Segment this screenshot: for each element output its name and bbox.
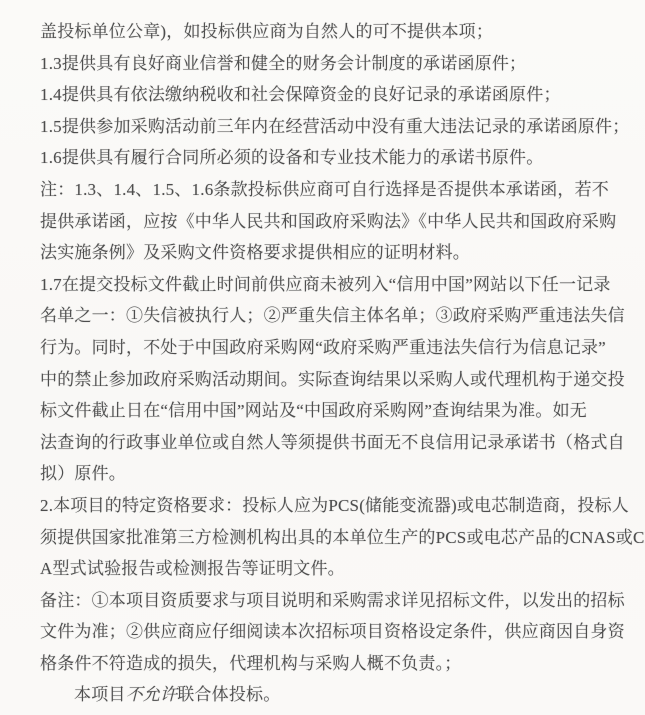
document-line: 须提供国家批准第三方检测机构出具的本单位生产的PCS或电芯产品的CNAS或CM [40,522,629,554]
final-line-suffix: 联合体投标。 [177,685,280,704]
document-line: 1.5提供参加采购活动前三年内在经营活动中没有重大违法记录的承诺函原件； [40,111,629,143]
document-line: 法实施条例》及采购文件资格要求提供相应的证明材料。 [40,237,629,269]
final-line-emphasis: 不允许 [126,685,178,704]
final-line-prefix: 本项目 [74,685,126,704]
document-line: 文件为准；②供应商应仔细阅读本次招标项目资格设定条件，供应商因自身资 [40,616,629,648]
document-line: 1.7在提交投标文件截止时间前供应商未被列入“信用中国”网站以下任一记录 [40,269,629,301]
document-line: 1.3提供具有良好商业信誉和健全的财务会计制度的承诺函原件； [40,48,629,80]
document-line: 盖投标单位公章)，如投标供应商为自然人的可不提供本项； [40,16,629,48]
document-line: 法查询的行政事业单位或自然人等须提供书面无不良信用记录承诺书（格式自 [40,427,629,459]
document-line: 1.6提供具有履行合同所必须的设备和专业技术能力的承诺书原件。 [40,142,629,174]
document-line: A型式试验报告或检测报告等证明文件。 [40,553,629,585]
document-line: 行为。同时，不处于中国政府采购网“政府采购严重违法失信行为信息记录” [40,332,629,364]
document-line: 标文件截止日在“信用中国”网站及“中国政府采购网”查询结果为准。如无 [40,395,629,427]
document-page: 盖投标单位公章)，如投标供应商为自然人的可不提供本项； 1.3提供具有良好商业信… [0,0,645,715]
document-final-line: 本项目不允许联合体投标。 [40,679,629,711]
document-line: 提供承诺函，应按《中华人民共和国政府采购法》《中华人民共和国政府采购 [40,206,629,238]
document-line: 备注：①本项目资质要求与项目说明和采购需求详见招标文件，以发出的招标 [40,585,629,617]
document-line: 中的禁止参加政府采购活动期间。实际查询结果以采购人或代理机构于递交投 [40,364,629,396]
document-line: 2.本项目的特定资格要求：投标人应为PCS(储能变流器)或电芯制造商，投标人 [40,490,629,522]
document-line: 格条件不符造成的损失，代理机构与采购人概不负责。； [40,648,629,680]
document-line: 拟）原件。 [40,458,629,490]
document-line: 注：1.3、1.4、1.5、1.6条款投标供应商可自行选择是否提供本承诺函，若不 [40,174,629,206]
document-line: 名单之一：①失信被执行人；②严重失信主体名单；③政府采购严重违法失信 [40,300,629,332]
document-line: 1.4提供具有依法缴纳税收和社会保障资金的良好记录的承诺函原件； [40,79,629,111]
